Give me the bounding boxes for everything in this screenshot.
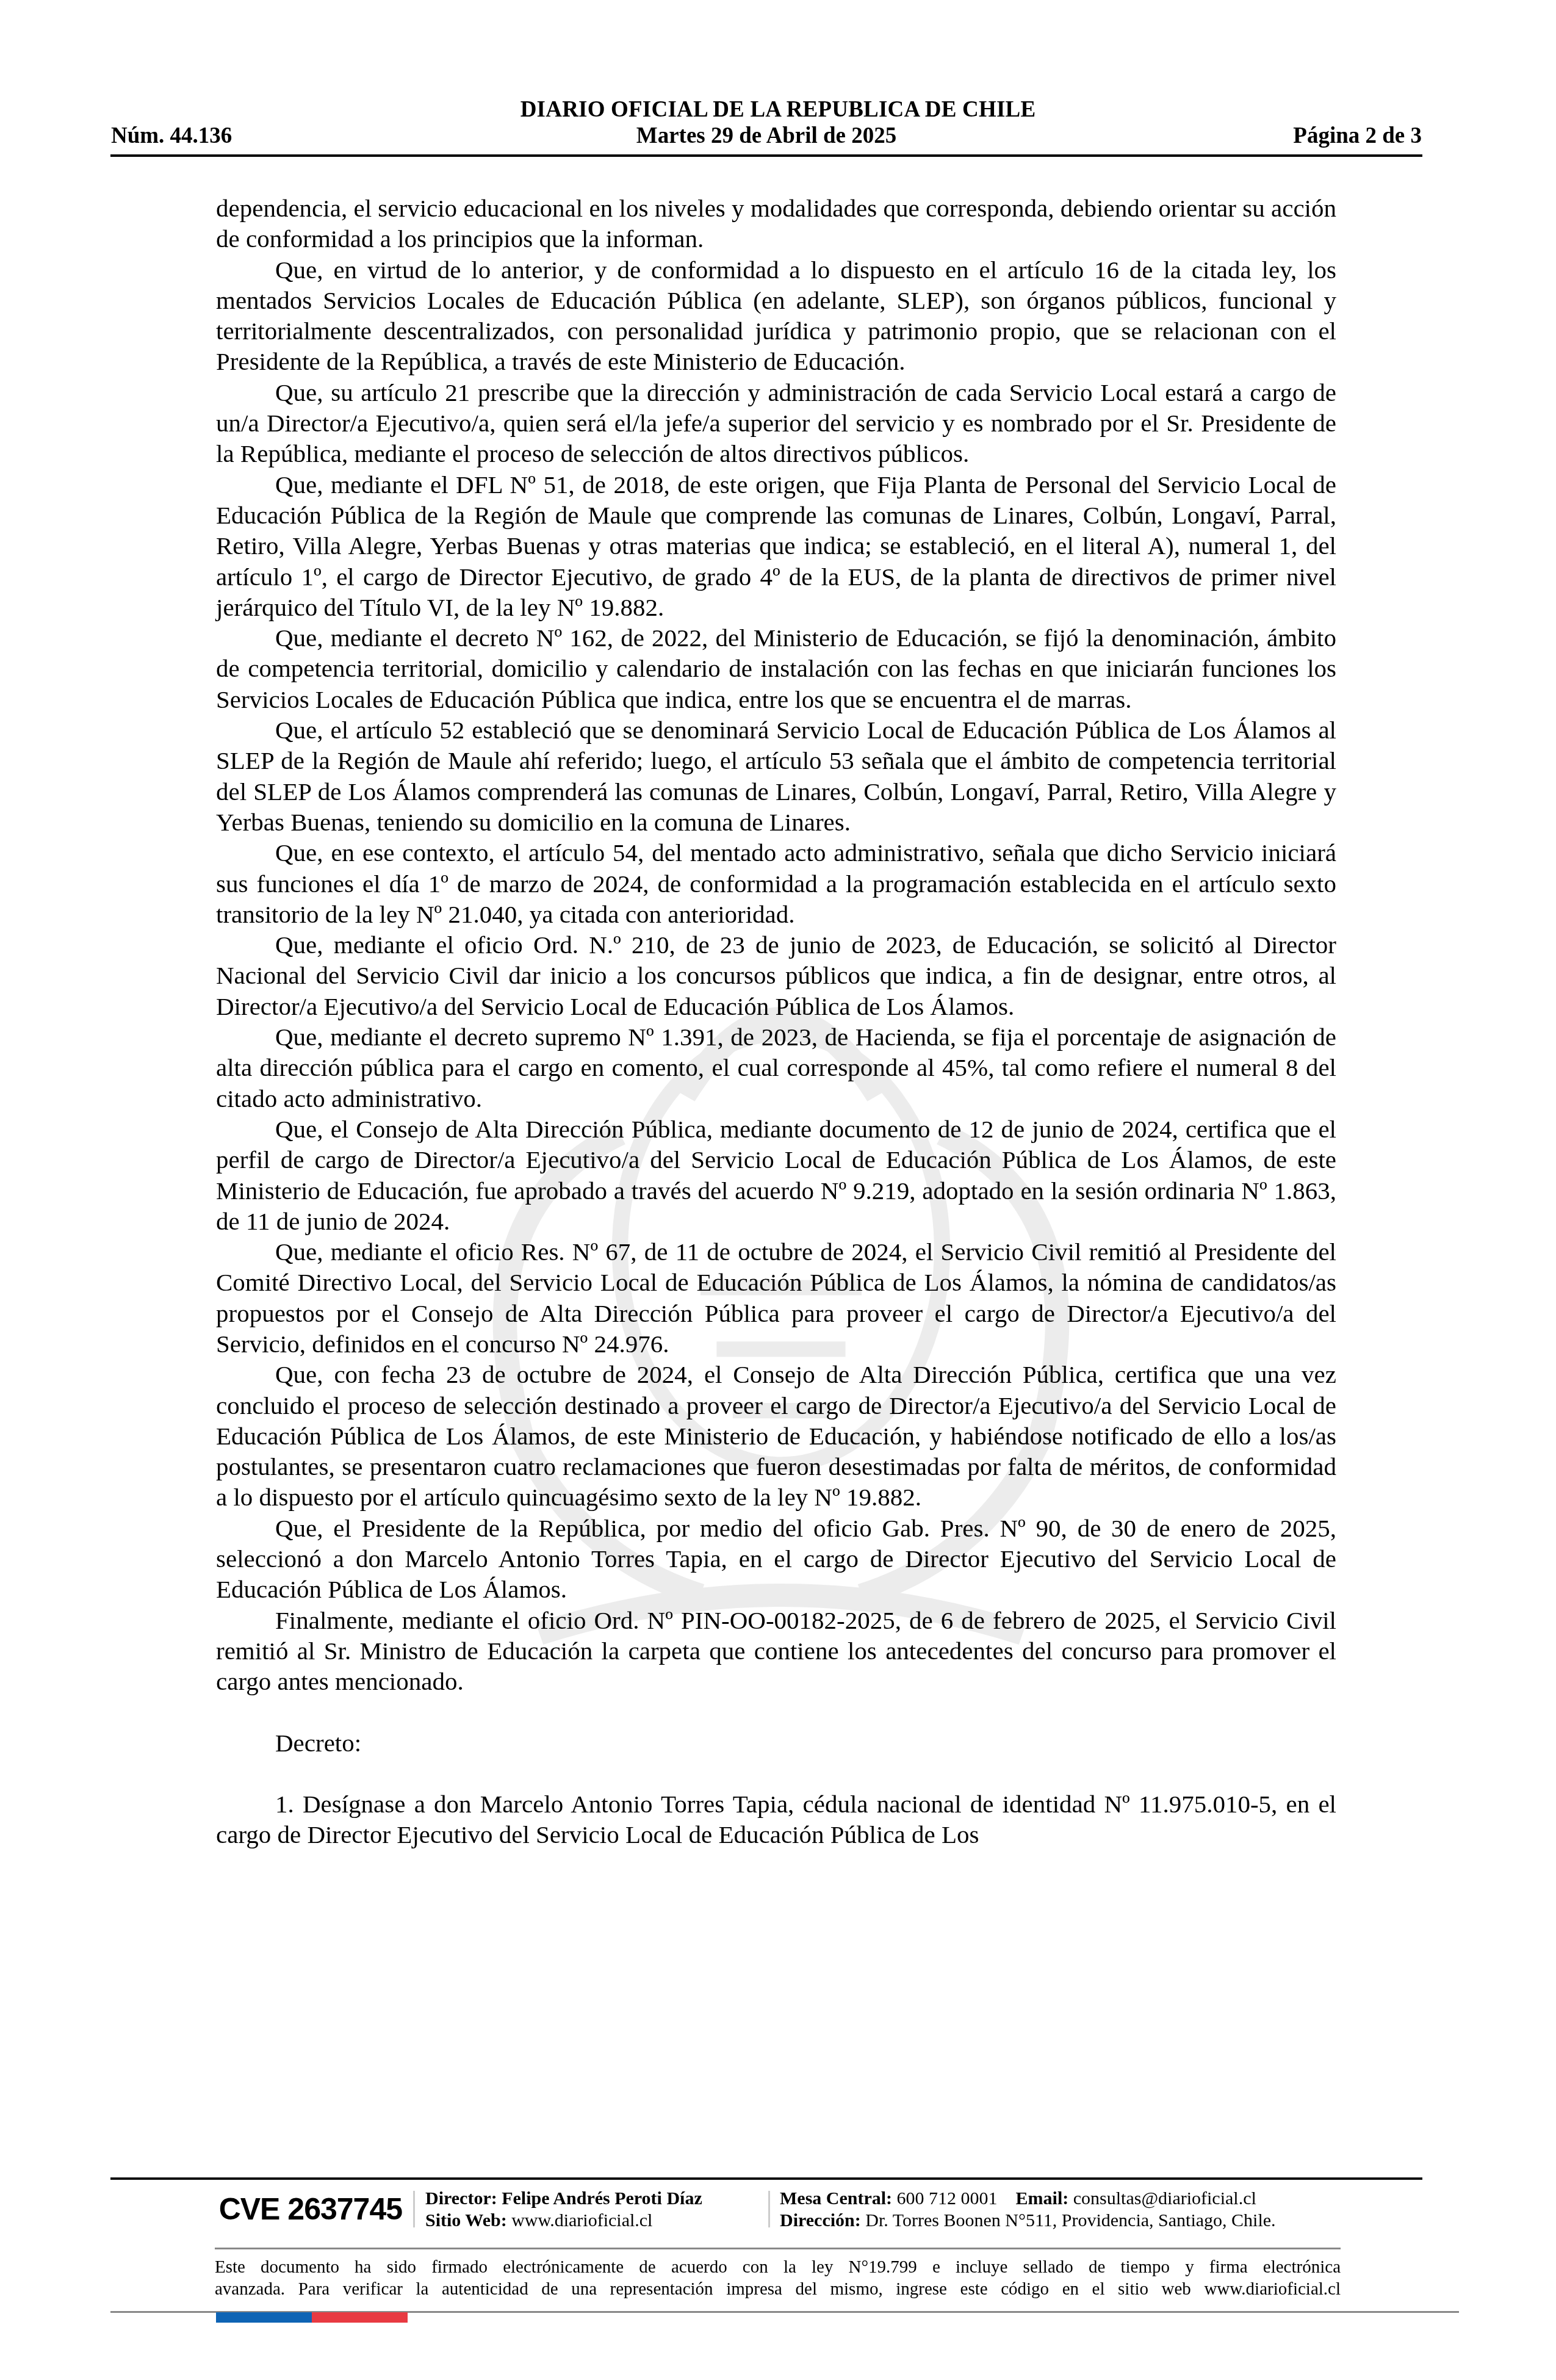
footer-separator bbox=[768, 2191, 770, 2227]
flag-stripe-red bbox=[312, 2312, 408, 2323]
website-link[interactable]: www.diarioficial.cl bbox=[511, 2210, 652, 2230]
paragraph: Que, en virtud de lo anterior, y de conf… bbox=[216, 254, 1336, 377]
footer-contact-block: Mesa Central: 600 712 0001 Email: consul… bbox=[780, 2188, 1276, 2232]
flag-stripe-blue bbox=[216, 2312, 312, 2323]
paragraph: Que, en ese contexto, el artículo 54, de… bbox=[216, 837, 1336, 929]
footer-separator bbox=[413, 2191, 415, 2227]
article-1: 1. Desígnase a don Marcelo Antonio Torre… bbox=[216, 1789, 1336, 1850]
paragraph: Que, el Presidente de la República, por … bbox=[216, 1513, 1336, 1605]
email-label: Email: bbox=[1016, 2188, 1069, 2209]
decreto-label: Decreto: bbox=[216, 1728, 1336, 1758]
page-indicator: Página 2 de 3 bbox=[1293, 123, 1422, 149]
footer-director-block: Director: Felipe Andrés Peroti Díaz Siti… bbox=[425, 2188, 702, 2232]
header-divider bbox=[110, 154, 1422, 157]
director-label: Director: bbox=[425, 2188, 497, 2209]
issue-date: Martes 29 de Abril de 2025 bbox=[111, 123, 1422, 149]
paragraph: Que, mediante el DFL Nº 51, de 2018, de … bbox=[216, 469, 1336, 622]
email-link[interactable]: consultas@diarioficial.cl bbox=[1073, 2188, 1256, 2209]
legal-line-1: Este documento ha sido firmado electróni… bbox=[215, 2256, 1341, 2278]
address-label: Dirección: bbox=[780, 2210, 861, 2230]
paragraph: Que, mediante el decreto supremo Nº 1.39… bbox=[216, 1022, 1336, 1114]
paragraph: Finalmente, mediante el oficio Ord. Nº P… bbox=[216, 1605, 1336, 1697]
document-body: dependencia, el servicio educacional en … bbox=[216, 193, 1336, 1850]
cve-code: CVE 2637745 bbox=[209, 2191, 402, 2227]
paragraph: Que, mediante el oficio Ord. N.º 210, de… bbox=[216, 929, 1336, 1022]
phone-value: 600 712 0001 bbox=[897, 2188, 998, 2209]
newspaper-title: DIARIO OFICIAL DE LA REPUBLICA DE CHILE bbox=[0, 96, 1556, 123]
legal-notice: Este documento ha sido firmado electróni… bbox=[215, 2256, 1341, 2300]
paragraph: Que, con fecha 23 de octubre de 2024, el… bbox=[216, 1359, 1336, 1512]
paragraph: dependencia, el servicio educacional en … bbox=[216, 193, 1336, 254]
director-name: Felipe Andrés Peroti Díaz bbox=[502, 2188, 702, 2209]
paragraph: Que, mediante el oficio Res. Nº 67, de 1… bbox=[216, 1236, 1336, 1359]
paragraph: Que, el artículo 52 estableció que se de… bbox=[216, 715, 1336, 837]
paragraph: Que, su artículo 21 prescribe que la dir… bbox=[216, 377, 1336, 469]
website-label: Sitio Web: bbox=[425, 2210, 507, 2230]
paragraph: Que, el Consejo de Alta Dirección Públic… bbox=[216, 1114, 1336, 1236]
paragraph: Que, mediante el decreto Nº 162, de 2022… bbox=[216, 622, 1336, 715]
footer-divider-top bbox=[110, 2177, 1422, 2180]
address-value: Dr. Torres Boonen N°511, Providencia, Sa… bbox=[865, 2210, 1275, 2230]
phone-label: Mesa Central: bbox=[780, 2188, 892, 2209]
header-row: Núm. 44.136 Martes 29 de Abril de 2025 P… bbox=[111, 123, 1422, 151]
footer-divider-mid bbox=[215, 2248, 1341, 2249]
legal-line-2: avanzada. Para verificar la autenticidad… bbox=[215, 2278, 1341, 2300]
